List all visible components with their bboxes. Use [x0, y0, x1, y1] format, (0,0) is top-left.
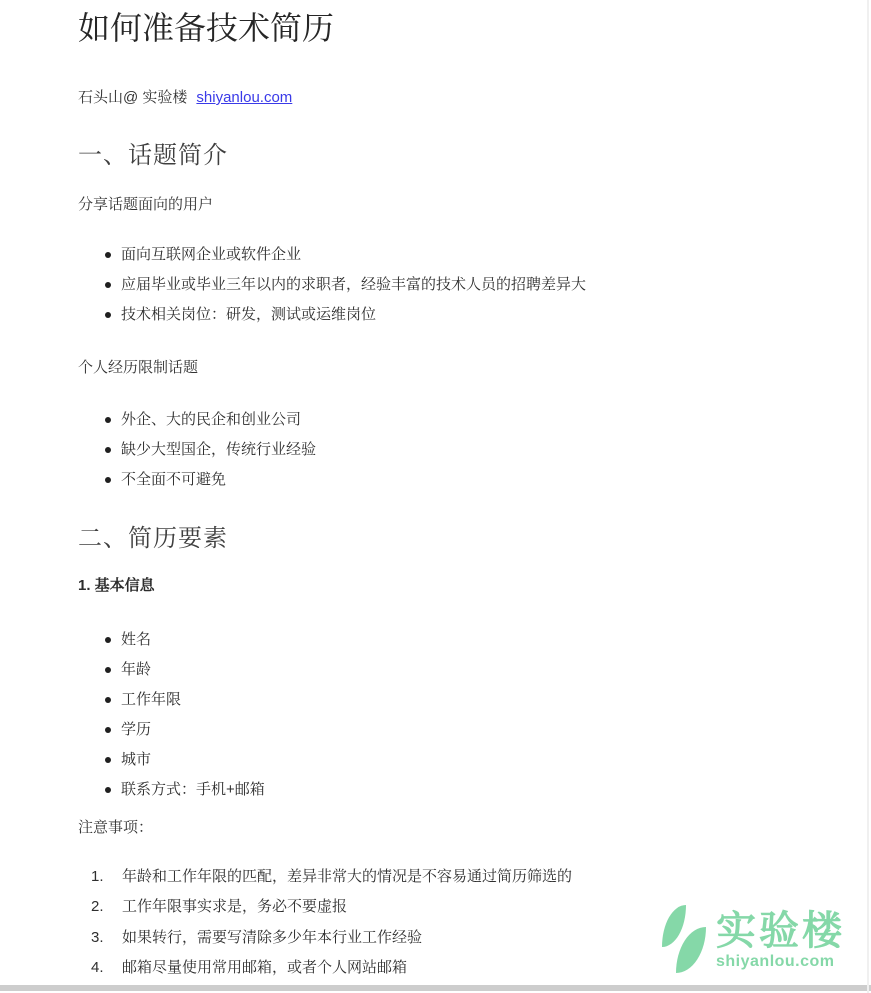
section-heading-topic-intro: 一、话题简介: [78, 141, 779, 171]
list-number: 1.: [91, 862, 104, 892]
bullet-list-basic-info: 姓名 年龄 工作年限 学历 城市 联系方式：手机+邮箱: [78, 625, 779, 805]
section-heading-resume-elements: 二、简历要素: [78, 524, 779, 554]
watermark-domain: shiyanlou.com: [716, 953, 845, 971]
paragraph-target-users: 分享话题面向的用户: [78, 195, 779, 215]
paragraph-personal-limits: 个人经历限制话题: [78, 358, 779, 378]
author-name: 石头山@ 实验楼: [78, 89, 187, 106]
list-item-text: 邮箱尽量使用常用邮箱，或者个人网站邮箱: [122, 959, 407, 976]
list-item: 城市: [78, 745, 779, 775]
shiyanlou-logo-icon: [652, 905, 700, 983]
list-item: 技术相关岗位：研发，测试或运维岗位: [78, 300, 779, 330]
list-item: 年龄: [78, 655, 779, 685]
list-item: 联系方式：手机+邮箱: [78, 775, 779, 805]
horizontal-scrollbar[interactable]: [0, 985, 871, 991]
leaf-icon: [662, 905, 686, 947]
page-title: 如何准备技术简历: [78, 8, 779, 48]
right-edge-divider: [867, 0, 869, 993]
author-link[interactable]: shiyanlou.com: [196, 89, 292, 106]
bullet-list-target-users: 面向互联网企业或软件企业 应届毕业或毕业三年以内的求职者，经验丰富的技术人员的招…: [78, 240, 779, 330]
list-item-text: 年龄和工作年限的匹配，差异非常大的情况是不容易通过简历筛选的: [122, 868, 572, 885]
list-number: 4.: [91, 953, 104, 983]
watermark-brand: 实验楼: [716, 909, 845, 953]
list-item: 面向互联网企业或软件企业: [78, 240, 779, 270]
list-item: 缺少大型国企，传统行业经验: [78, 435, 779, 465]
list-item: 外企、大的民企和创业公司: [78, 405, 779, 435]
list-item-text: 工作年限事实求是，务必不要虚报: [122, 898, 347, 915]
paragraph-notes-label: 注意事项：: [78, 818, 779, 838]
document-page: 如何准备技术简历 石头山@ 实验楼shiyanlou.com 一、话题简介 分享…: [0, 0, 871, 993]
byline: 石头山@ 实验楼shiyanlou.com: [78, 88, 779, 108]
watermark-text: 实验楼 shiyanlou.com: [716, 898, 845, 971]
list-item: 工作年限: [78, 685, 779, 715]
list-item: 不全面不可避免: [78, 465, 779, 495]
list-item-text: 如果转行，需要写清除多少年本行业工作经验: [122, 929, 422, 946]
list-number: 3.: [91, 923, 104, 953]
list-item: 学历: [78, 715, 779, 745]
subheading-basic-info: 1. 基本信息: [78, 576, 779, 596]
bullet-list-personal-limits: 外企、大的民企和创业公司 缺少大型国企，传统行业经验 不全面不可避免: [78, 405, 779, 495]
shiyanlou-watermark: 实验楼 shiyanlou.com: [652, 898, 845, 983]
leaf-icon: [676, 927, 706, 973]
list-number: 2.: [91, 892, 104, 922]
list-item: 应届毕业或毕业三年以内的求职者，经验丰富的技术人员的招聘差异大: [78, 270, 779, 300]
list-item: 姓名: [78, 625, 779, 655]
list-item: 1.年龄和工作年限的匹配，差异非常大的情况是不容易通过简历筛选的: [78, 862, 779, 892]
